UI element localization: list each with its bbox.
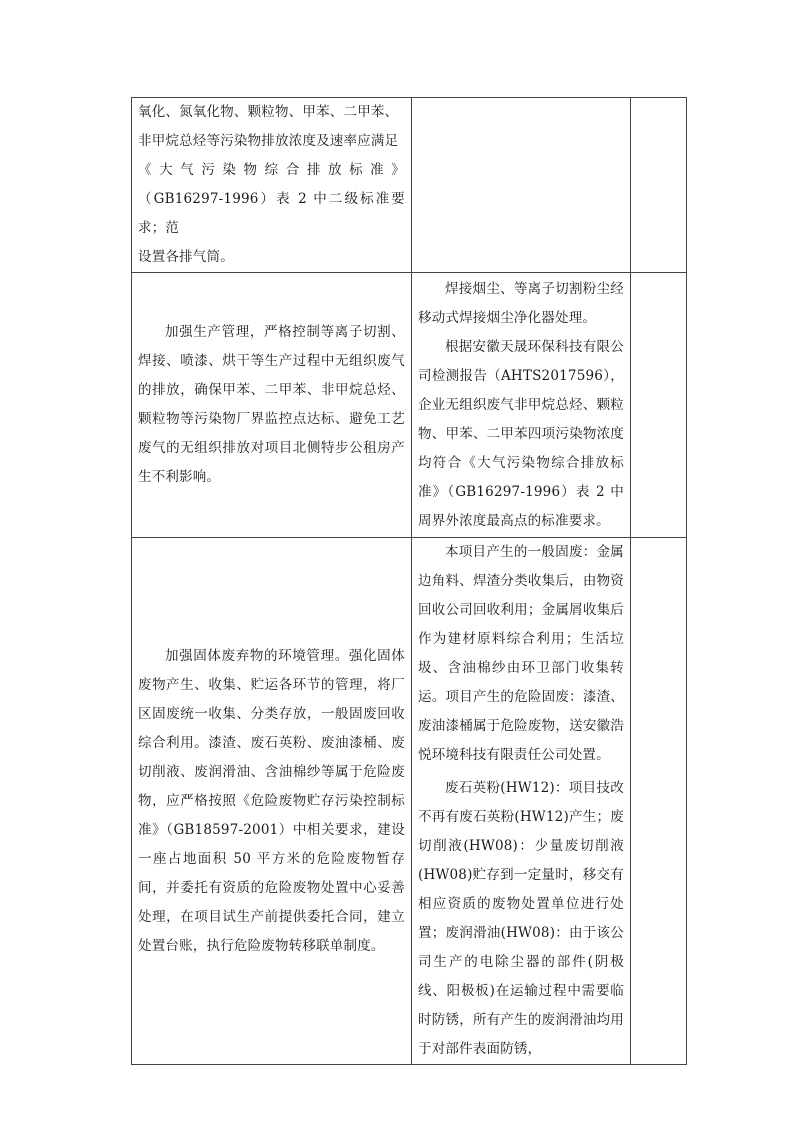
measures-table: 氧化、氮氧化物、颗粒物、甲苯、二甲苯、 非甲烷总烃等污染物排放浓度及速率应满足 … [131,97,687,1065]
implementation-paragraph: 废石英粉(HW12)：项目技改不再有废石英粉(HW12)产生；废切削液(HW08… [418,774,624,1064]
remark-cell [631,98,687,273]
requirement-cell: 氧化、氮氧化物、颗粒物、甲苯、二甲苯、 非甲烷总烃等污染物排放浓度及速率应满足 … [132,98,412,273]
table-row: 氧化、氮氧化物、颗粒物、甲苯、二甲苯、 非甲烷总烃等污染物排放浓度及速率应满足 … [132,98,687,273]
requirement-line: 氧化、氮氧化物、颗粒物、甲苯、二甲苯、 [138,98,405,127]
requirement-line: 非甲烷总烃等污染物排放浓度及速率应满足 [138,127,405,156]
implementation-cell: 焊接烟尘、等离子切割粉尘经移动式焊接烟尘净化器处理。 根据安徽天晟环保科技有限公… [412,273,631,538]
implementation-paragraph: 根据安徽天晟环保科技有限公司检测报告（AHTS2017596），企业无组织废气非… [418,333,624,536]
requirement-cell: 加强固体废弃物的环境管理。强化固体废物产生、收集、贮运各环节的管理，将厂区固废统… [132,538,412,1065]
requirement-line: 《大气污染物综合排放标准》 [138,156,405,185]
implementation-cell [412,98,631,273]
requirement-line: 设置各排气筒。 [138,243,405,272]
remark-cell [631,538,687,1065]
requirement-paragraph: 加强生产管理，严格控制等离子切割、焊接、喷漆、烘干等生产过程中无组织废气的排放，… [138,318,405,492]
requirement-line: （GB16297-1996）表 2 中二级标准要求；范 [138,185,405,243]
implementation-cell: 本项目产生的一般固废：金属边角料、焊渣分类收集后，由物资回收公司回收利用；金属屑… [412,538,631,1065]
implementation-paragraph: 本项目产生的一般固废：金属边角料、焊渣分类收集后，由物资回收公司回收利用；金属屑… [418,538,624,770]
implementation-paragraph: 焊接烟尘、等离子切割粉尘经移动式焊接烟尘净化器处理。 [418,275,624,333]
remark-cell [631,273,687,538]
requirement-cell: 加强生产管理，严格控制等离子切割、焊接、喷漆、烘干等生产过程中无组织废气的排放，… [132,273,412,538]
table-row: 加强固体废弃物的环境管理。强化固体废物产生、收集、贮运各环节的管理，将厂区固废统… [132,538,687,1065]
table-row: 加强生产管理，严格控制等离子切割、焊接、喷漆、烘干等生产过程中无组织废气的排放，… [132,273,687,538]
requirement-paragraph: 加强固体废弃物的环境管理。强化固体废物产生、收集、贮运各环节的管理，将厂区固废统… [138,642,405,961]
